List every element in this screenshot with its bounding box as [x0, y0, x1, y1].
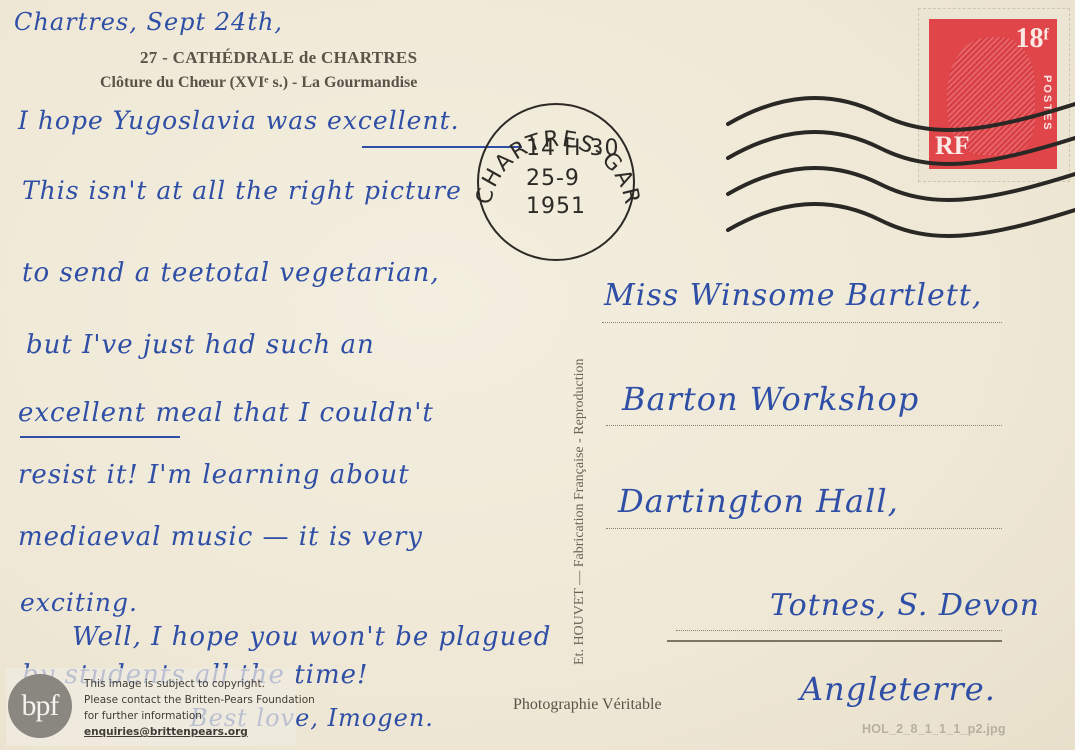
letter-line: to send a teetotal vegetarian, — [22, 258, 440, 288]
caption-title: 27 - CATHÉDRALE de CHARTRES — [140, 48, 417, 68]
address-rule — [602, 322, 1002, 323]
letter-line: I hope Yugoslavia was excellent. — [18, 106, 460, 135]
watermark-line: for further information — [84, 710, 202, 722]
bpf-logo: bpf — [8, 674, 72, 738]
address-line: Miss Winsome Bartlett, — [604, 278, 982, 313]
address-line: Dartington Hall, — [618, 482, 899, 520]
letter-heading: Chartres, Sept 24th, — [14, 8, 283, 36]
postmark-year: 1951 — [526, 194, 586, 219]
underline — [20, 436, 180, 438]
caption-subtitle: Clôture du Chœur (XVIᵉ s.) - La Gourmand… — [100, 74, 417, 92]
image-filename: HOL_2_8_1_1_1_p2.jpg — [862, 722, 1006, 736]
address-rule — [606, 528, 1002, 529]
postcard-back: 27 - CATHÉDRALE de CHARTRES Clôture du C… — [0, 0, 1075, 750]
cancellation-waves-icon — [720, 84, 1075, 264]
address-rule — [606, 425, 1002, 426]
letter-line: mediaeval music — it is very — [18, 522, 423, 552]
letter-line: resist it! I'm learning about — [18, 460, 410, 490]
watermark-email-link[interactable]: enquiries@brittenpears.org — [84, 726, 248, 738]
postmark-date: 25-9 — [526, 166, 580, 191]
photo-label: Photographie Véritable — [513, 696, 662, 714]
letter-line: Well, I hope you won't be plagued — [72, 622, 551, 652]
address-line: Angleterre. — [800, 670, 996, 708]
address-rule — [676, 630, 1002, 631]
watermark-line: This image is subject to copyright. — [84, 678, 265, 690]
postmark-time: 14 H 30 — [526, 136, 620, 161]
letter-line: excellent meal that I couldn't — [18, 398, 434, 428]
watermark-line: Please contact the Britten-Pears Foundat… — [84, 694, 315, 706]
letter-line: This isn't at all the right picture — [22, 176, 462, 205]
address-line: Barton Workshop — [622, 380, 919, 418]
address-line: Totnes, S. Devon — [770, 588, 1040, 623]
stamp-value: 18ᶠ — [1016, 23, 1049, 55]
letter-line: exciting. — [20, 588, 138, 617]
address-rule-solid — [667, 640, 1002, 642]
letter-line: but I've just had such an — [26, 330, 375, 360]
publisher-divider-text: Et. HOUVET — Fabrication Française - Rep… — [572, 358, 588, 665]
